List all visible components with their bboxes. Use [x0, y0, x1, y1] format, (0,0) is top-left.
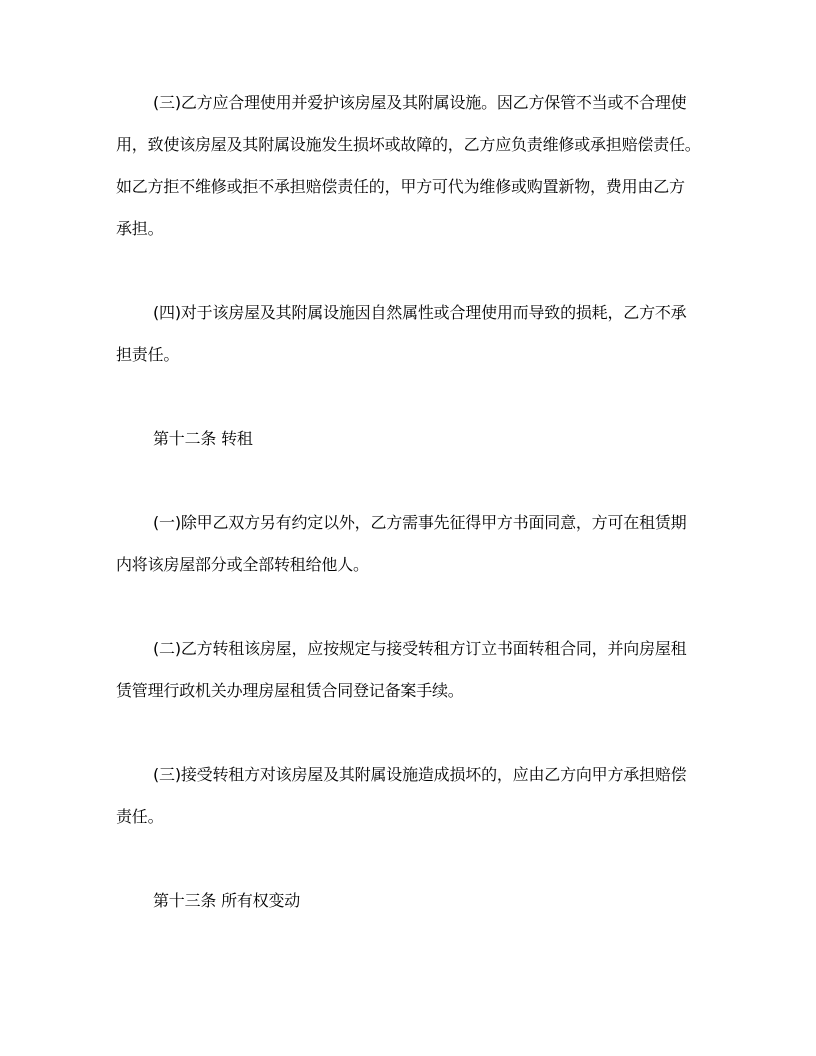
paragraph-item-3-proper-use-and-repair: (三)乙方应合理使用并爱护该房屋及其附属设施。因乙方保管不当或不合理使 用，致使…	[116, 82, 718, 250]
heading-article-13-ownership-change: 第十三条 所有权变动	[116, 880, 718, 922]
paragraph-article12-item-3-subtenant-damage-liability: (三)接受转租方对该房屋及其附属设施造成损坏的，应由乙方向甲方承担赔偿 责任。	[116, 754, 718, 838]
paragraph-item-4-natural-wear: (四)对于该房屋及其附属设施因自然属性或合理使用而导致的损耗，乙方不承 担责任。	[116, 292, 718, 376]
heading-article-12-sublease: 第十二条 转租	[116, 418, 718, 460]
contract-document-page: (三)乙方应合理使用并爱护该房屋及其附属设施。因乙方保管不当或不合理使 用，致使…	[0, 0, 816, 1056]
paragraph-article12-item-1-written-consent: (一)除甲乙双方另有约定以外，乙方需事先征得甲方书面同意，方可在租赁期 内将该房…	[116, 502, 718, 586]
paragraph-article12-item-2-sublease-contract-registration: (二)乙方转租该房屋，应按规定与接受转租方订立书面转租合同，并向房屋租 赁管理行…	[116, 628, 718, 712]
